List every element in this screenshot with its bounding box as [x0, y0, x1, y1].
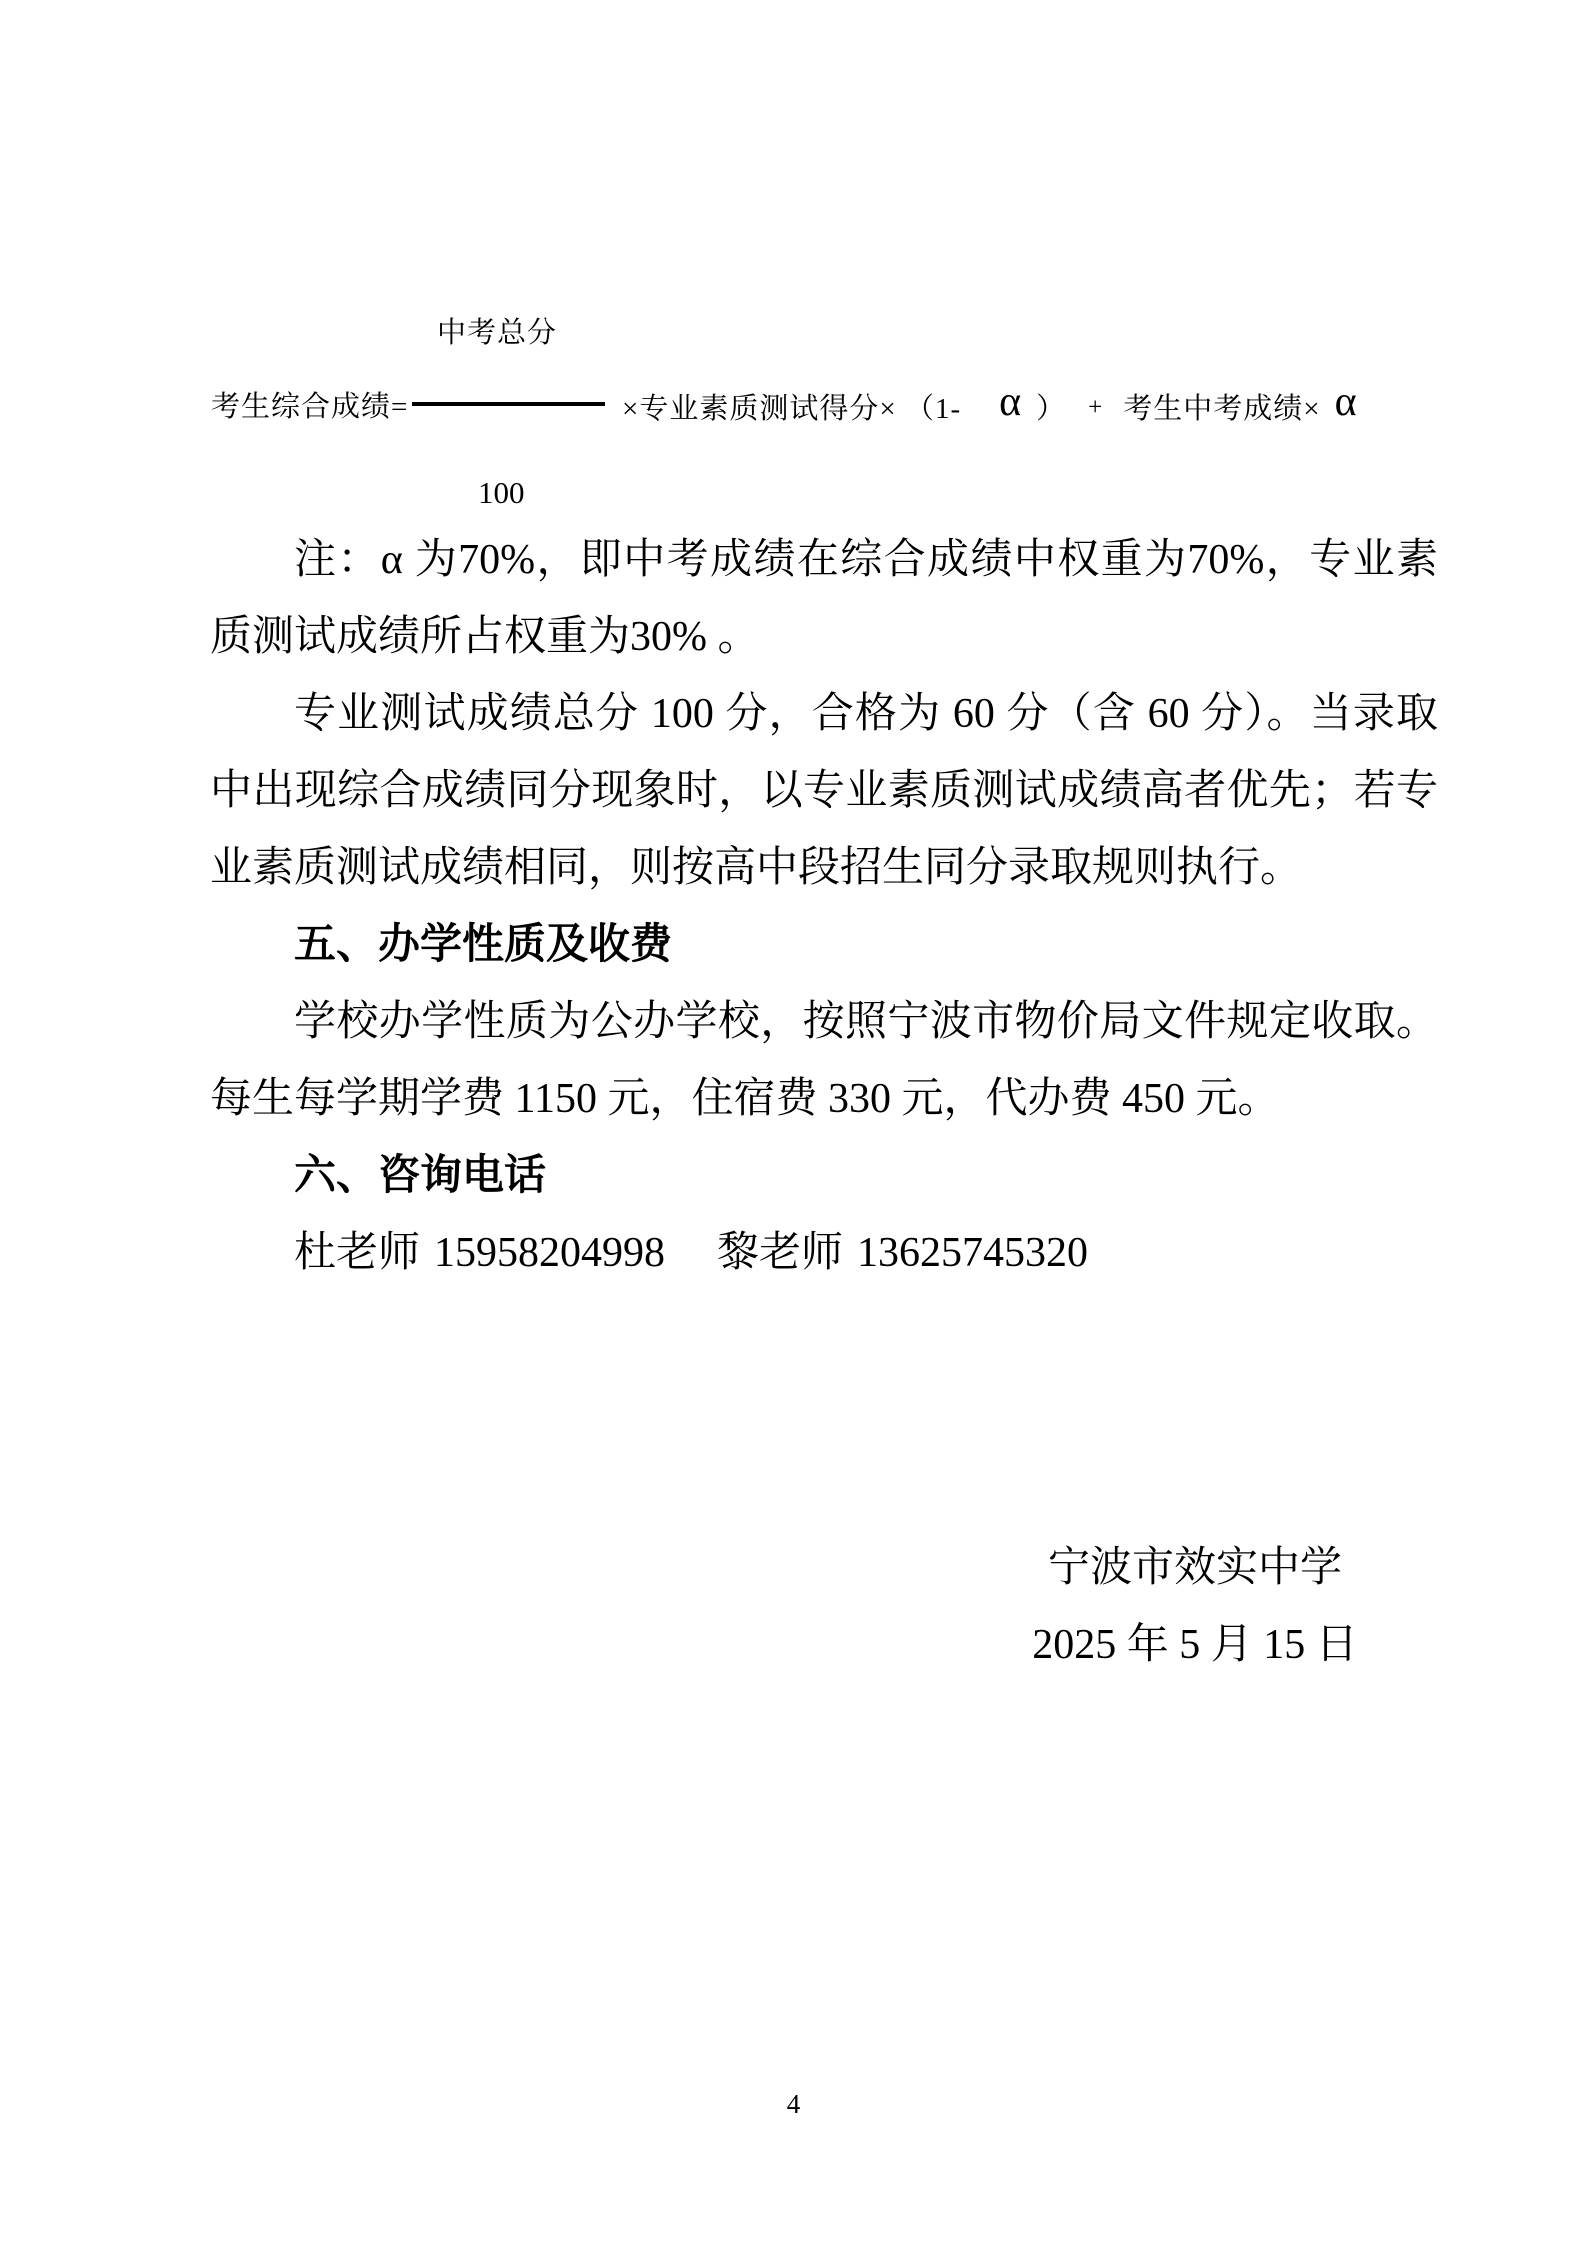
contact-item: 杜老师15958204998 [294, 1230, 665, 1276]
signature-block: 宁波市效实中学 2025 年 5 月 15 日 [1010, 1530, 1380, 1684]
rules-paragraph: 专业测试成绩总分 100 分，合格为 60 分（含 60 分）。当录取中出现综合… [210, 676, 1438, 907]
contact-name: 黎老师 [717, 1230, 843, 1276]
contact-phone: 15958204998 [434, 1230, 665, 1276]
formula-denominator: 100 [478, 477, 525, 508]
signature-date: 2025 年 5 月 15 日 [1010, 1607, 1380, 1684]
contact-name: 杜老师 [294, 1230, 420, 1276]
signature-org: 宁波市效实中学 [1010, 1530, 1380, 1607]
alpha-symbol: α [999, 388, 1022, 417]
formula-numerator: 中考总分 [437, 319, 557, 348]
document-page: 考生综合成绩= 中考总分 100 ×专业素质测试得分× （1-α）+考生中考成绩… [0, 0, 1587, 2245]
section-five-body: 学校办学性质为公办学校，按照宁波市物价局文件规定收取。每生每学期学费 1150 … [210, 984, 1438, 1138]
section-five-heading: 五、办学性质及收费 [210, 907, 1438, 984]
alpha-symbol: α [1335, 388, 1358, 417]
formula-tail: 考生中考成绩× [1123, 393, 1320, 425]
contact-item: 黎老师13625745320 [717, 1230, 1088, 1276]
page-number: 4 [0, 2088, 1587, 2120]
fraction-bar [412, 402, 605, 406]
formula-plus-sign: + [1088, 394, 1103, 421]
document-body: 注：α 为70%，即中考成绩在综合成绩中权重为70%，专业素质测试成绩所占权重为… [210, 522, 1438, 1292]
formula-lhs: 考生综合成绩= [211, 393, 408, 422]
formula-rhs: ×专业素质测试得分× （1-α）+考生中考成绩×α [622, 391, 1358, 424]
section-six-heading: 六、咨询电话 [210, 1138, 1438, 1215]
note-paragraph: 注：α 为70%，即中考成绩在综合成绩中权重为70%，专业素质测试成绩所占权重为… [210, 522, 1438, 676]
contacts-line: 杜老师15958204998黎老师13625745320 [210, 1215, 1438, 1292]
formula-close-paren: ） [1036, 393, 1066, 425]
contact-phone: 13625745320 [857, 1230, 1088, 1276]
formula-middle: ×专业素质测试得分× （1- [622, 393, 961, 425]
